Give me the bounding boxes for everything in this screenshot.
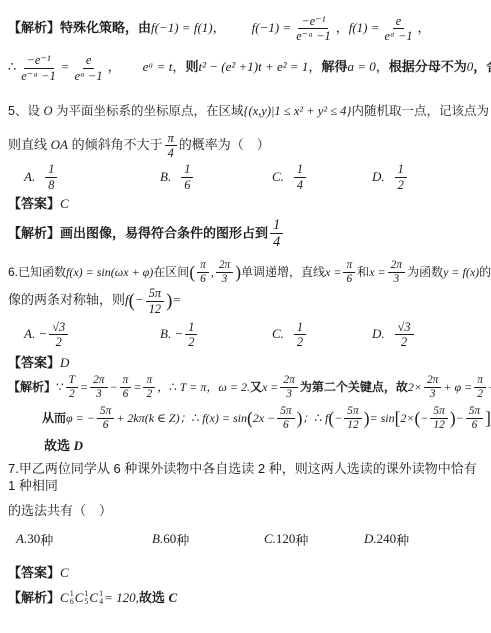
- math-run: D.: [372, 326, 385, 342]
- text-run: 5、设: [8, 104, 43, 118]
- question-5-text-line-2: 则直线 OA 的倾斜角不大于π4的概率为（ ）: [8, 131, 483, 160]
- fraction: 16: [181, 162, 193, 191]
- fraction: 5π6: [277, 405, 294, 432]
- question-6-options-row: A. −√32 B. −12 C.12 D.√32: [8, 320, 483, 349]
- math-run: eᵃ = t: [143, 60, 173, 75]
- text-run: ，: [172, 60, 185, 75]
- math-run: =: [133, 380, 141, 394]
- fraction: π6: [120, 374, 132, 401]
- text-run: 的图: [479, 265, 491, 279]
- option-c: C.14: [272, 162, 372, 191]
- text-run: 7.甲乙两位同学从 6 种课外读物中各自选读 2 种，则这两人选读的课外读物中恰…: [8, 461, 477, 493]
- bold-text-run: 从而: [42, 411, 66, 425]
- fraction: √32: [395, 320, 414, 349]
- text-run: 的选法共有（ ）: [8, 503, 112, 518]
- text-run: 种: [396, 530, 409, 549]
- option-d: D.240 种: [364, 530, 483, 549]
- question-6-text-line-1: 6.已知函数f(x) = sin(ωx + φ)在区间(π6,2π3)单调递增，…: [8, 259, 483, 286]
- fraction: eeᵃ −1: [72, 53, 106, 82]
- fraction: π6: [197, 259, 209, 286]
- q4-solution-line-2: ∴−e⁻¹e⁻ᵃ −1=eeᵃ −1，eᵃ = t，则t² − (e² +1)t…: [8, 53, 483, 82]
- bold-text-run: ，舍去，则: [473, 60, 491, 75]
- bold-text-run: 为第二个关键点，故: [300, 380, 408, 394]
- document-page: 【解析】特殊化策略，由f(−1) = f(1)，f(−1) =−e⁻¹e⁻ᵃ −…: [0, 0, 491, 607]
- bold-text-run: 则: [185, 60, 198, 75]
- question-5-answer: 【答案】C: [8, 196, 483, 213]
- question-7-answer: 【答案】C: [8, 565, 483, 582]
- question-5-options-row: A.18 B.16 C.14 D.12: [8, 162, 483, 191]
- fraction: 5π6: [97, 405, 114, 432]
- fraction: π6: [343, 259, 355, 286]
- question-7-text-line-2: 的选法共有（ ）: [8, 503, 483, 520]
- math-run: −: [456, 411, 464, 425]
- fraction: 2π3: [424, 374, 441, 401]
- math-run: C: [60, 565, 69, 580]
- math-run: x =: [369, 265, 385, 279]
- fraction: 14: [270, 217, 283, 251]
- option-a: A. 30 种: [16, 530, 152, 549]
- math-run: =: [172, 292, 181, 307]
- math-run: x =: [325, 265, 341, 279]
- fraction: π4: [165, 131, 177, 160]
- math-run: x =: [262, 380, 278, 394]
- bold-text-run: 根据分母不为: [389, 60, 467, 75]
- text-run: 内随机取一点，记该点为: [351, 104, 491, 118]
- fraction: 5π6: [466, 405, 483, 432]
- fraction: T2: [66, 374, 78, 401]
- fraction: π2: [143, 374, 155, 401]
- bold-text-run: 【答案】: [8, 196, 60, 211]
- fraction: 2π3: [216, 259, 233, 286]
- text-run: 种: [176, 530, 189, 549]
- bold-text-run: 解得: [321, 60, 347, 75]
- math-run: ,: [211, 265, 214, 279]
- math-run: −: [334, 411, 342, 425]
- question-5-text-line-1: 5、设 O 为平面坐标系的坐标原点，在区域{(x,y)|1 ≤ x² + y² …: [8, 103, 483, 119]
- math-run: B.: [152, 531, 163, 547]
- text-run: 的概率为（ ）: [179, 137, 270, 152]
- option-c: C. 120 种: [264, 530, 364, 549]
- math-run: A. −: [24, 326, 47, 342]
- question-7-text-line-1: 7.甲乙两位同学从 6 种课外读物中各自选读 2 种，则这两人选读的课外读物中恰…: [8, 461, 483, 495]
- text-run: ，: [418, 20, 431, 35]
- option-b: B.16: [160, 162, 272, 191]
- math-run: −: [135, 292, 144, 307]
- math-run: f(−1) =: [252, 20, 292, 35]
- text-run: 在区间: [153, 265, 189, 279]
- math-run: B.: [160, 169, 171, 185]
- fraction: eeᵃ −1: [382, 14, 416, 43]
- text-run: ，: [336, 20, 349, 35]
- fraction: 14: [294, 162, 306, 191]
- math-run: D.: [372, 169, 385, 185]
- serif-run: 60: [163, 531, 176, 547]
- math-run: f(−1) = f(1): [151, 20, 213, 35]
- q4-solution-line-1: 【解析】特殊化策略，由f(−1) = f(1)，f(−1) =−e⁻¹e⁻ᵃ −…: [8, 14, 483, 43]
- paren: (: [189, 262, 195, 282]
- text-run: ，: [308, 60, 321, 75]
- bold-math-run: D: [74, 438, 83, 453]
- question-6-answer: 【答案】D: [8, 355, 483, 372]
- fraction: 2π3: [280, 374, 297, 401]
- fraction: −e⁻¹e⁻ᵃ −1: [293, 14, 334, 43]
- math-run: D.: [364, 531, 377, 547]
- bold-math-run: C: [169, 590, 178, 605]
- bold-text-run: 【解析】特殊化策略，由: [8, 20, 151, 35]
- math-run: −: [420, 411, 428, 425]
- math-run: =: [80, 380, 88, 394]
- serif-run: 120: [276, 531, 296, 547]
- math-run: C.: [264, 531, 276, 547]
- bold-text-run: 故选: [44, 438, 74, 453]
- math-run: −: [110, 380, 118, 394]
- math-run: ∴: [8, 60, 16, 75]
- math-run: a = 0: [347, 60, 375, 75]
- question-6-solution-line-2: 从而φ = −5π6+ 2kπ(k ∈ Z)；∴ f(x) = sin(2x −…: [42, 405, 483, 432]
- text-run: 则直线: [8, 137, 51, 152]
- math-run: A.: [24, 169, 35, 185]
- math-run: 2×: [400, 411, 414, 425]
- option-b: B. 60 种: [152, 530, 264, 549]
- math-run: B. −: [160, 326, 183, 342]
- fraction: 5π12: [344, 405, 361, 432]
- text-run: 种: [295, 530, 308, 549]
- math-run: C.: [272, 326, 284, 342]
- math-run: t² − (e² +1)t + e² = 1: [198, 60, 308, 75]
- math-run: f(1) =: [349, 20, 380, 35]
- math-run: 2×: [408, 380, 422, 394]
- fraction: 12: [185, 320, 197, 349]
- fraction: 12: [294, 320, 306, 349]
- math-run: ，∴ T = π，ω = 2.: [157, 380, 250, 394]
- serif-run: 30: [27, 531, 40, 547]
- question-7-solution: 【解析】C16C15C14= 120,故选 C: [8, 590, 483, 607]
- sup-sub-term: C16: [60, 590, 75, 607]
- bold-text-run: 【解析】画出图像，易得符合条件的图形占到: [8, 225, 268, 240]
- option-d: D.12: [372, 162, 483, 191]
- text-run: 的倾斜角不大于: [68, 137, 163, 152]
- math-run: ；∴ f: [302, 411, 328, 425]
- fraction: π2: [474, 374, 486, 401]
- math-run: f(x) = sin(ωx + φ): [66, 265, 153, 279]
- bold-text-run: 【答案】: [8, 355, 60, 370]
- option-d: D.√32: [372, 320, 483, 349]
- math-run: D: [60, 355, 69, 370]
- math-run: = sin: [370, 411, 395, 425]
- fraction: √32: [49, 320, 68, 349]
- math-run: y = f(x): [443, 265, 479, 279]
- bold-text-run: 又: [250, 380, 262, 394]
- fraction: 2π3: [388, 259, 405, 286]
- fraction: 12: [395, 162, 407, 191]
- bold-text-run: 【解析】: [8, 590, 60, 605]
- option-a: A. −√32: [24, 320, 160, 349]
- fraction: 18: [45, 162, 57, 191]
- text-run: 像的两条对称轴，则: [8, 292, 125, 307]
- fraction: 5π12: [430, 405, 447, 432]
- math-run: C: [60, 196, 69, 211]
- math-run: = 120,: [104, 590, 139, 605]
- math-run: 2x −: [253, 411, 275, 425]
- math-run: ∵: [56, 380, 64, 394]
- question-7-options-row: A. 30 种 B. 60 种 C. 120 种 D.240 种: [8, 530, 483, 549]
- math-run: φ = −: [66, 411, 95, 425]
- math-run: + 2kπ(k ∈ Z)；∴ f(x) = sin: [116, 411, 247, 425]
- option-b: B. −12: [160, 320, 272, 349]
- math-run: OA: [51, 137, 68, 152]
- question-6-conclusion: 故选 D: [44, 438, 483, 455]
- text-run: 6.已知函数: [8, 265, 66, 279]
- option-a: A.18: [24, 162, 160, 191]
- question-6-solution-line-1: 【解析】∵T2=2π3−π6=π2，∴ T = π，ω = 2.又x =2π3为…: [8, 374, 483, 401]
- text-run: ，: [108, 60, 121, 75]
- bold-text-run: 故选: [139, 590, 169, 605]
- sup-sub-term: C14: [89, 590, 104, 607]
- text-run: 为函数: [407, 265, 443, 279]
- math-run: A.: [16, 531, 27, 547]
- math-run: C.: [272, 169, 284, 185]
- sup-sub-term: C15: [75, 590, 90, 607]
- fraction: −e⁻¹e⁻ᵃ −1: [18, 53, 59, 82]
- text-run: 单调递增，直线: [241, 265, 325, 279]
- math-run: + φ =: [443, 380, 472, 394]
- math-run: =: [61, 60, 70, 75]
- math-run: {(x,y)|1 ≤ x² + y² ≤ 4}: [243, 104, 351, 118]
- option-c: C.12: [272, 320, 372, 349]
- question-5-solution: 【解析】画出图像，易得符合条件的图形占到14: [8, 217, 483, 251]
- question-6-text-line-2: 像的两条对称轴，则f(−5π12)=: [8, 286, 483, 315]
- serif-run: 240: [377, 531, 397, 547]
- bold-text-run: 【解析】: [8, 380, 56, 394]
- text-run: 为平面坐标系的坐标原点，在区域: [52, 104, 243, 118]
- text-run: ，: [376, 60, 389, 75]
- fraction: 2π3: [90, 374, 107, 401]
- text-run: 和: [357, 265, 369, 279]
- text-run: ，: [213, 20, 226, 35]
- fraction: 5π12: [146, 286, 164, 315]
- bold-text-run: 【答案】: [8, 565, 60, 580]
- text-run: 种: [40, 530, 53, 549]
